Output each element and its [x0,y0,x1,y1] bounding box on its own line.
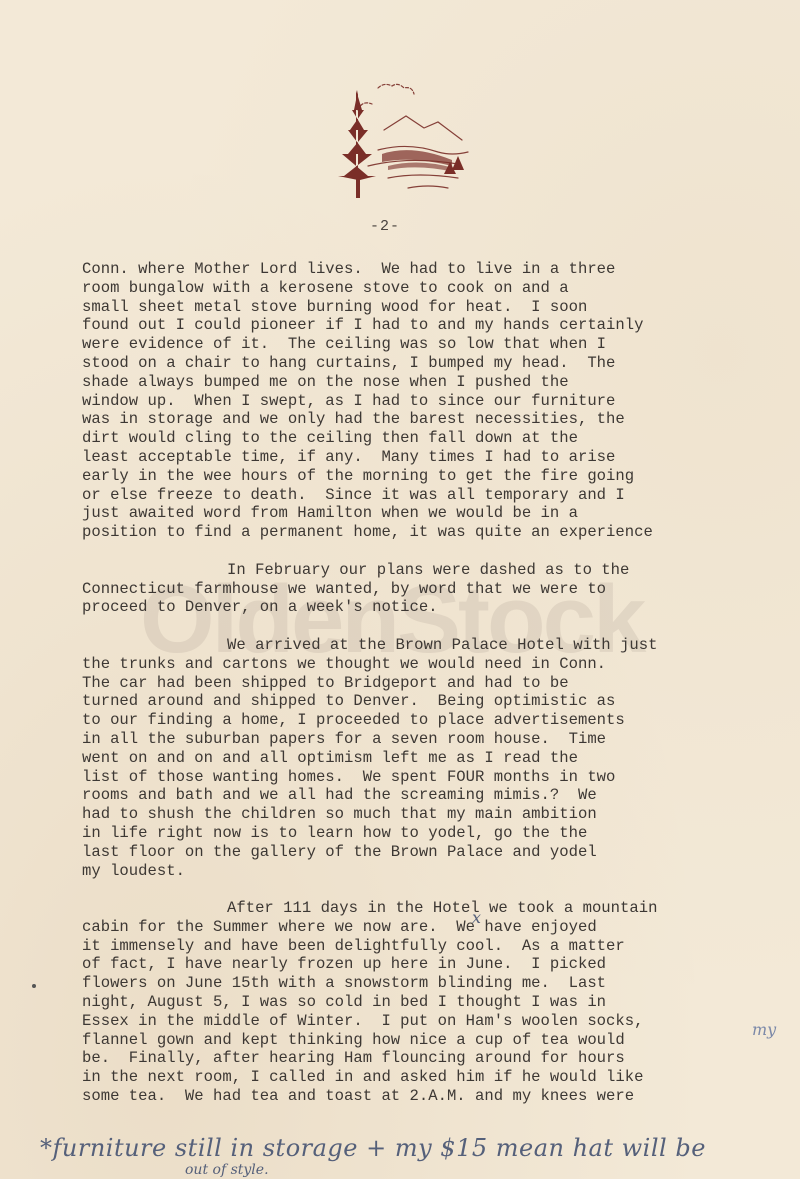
text-line: Connecticut farmhouse we wanted, by word… [82,580,782,599]
letter-body: Conn. where Mother Lord lives. We had to… [82,260,782,1106]
stray-ink-dot [32,984,36,988]
page-number: -2- [370,218,400,235]
text-line: dirt would cling to the ceiling then fal… [82,429,782,448]
paragraph: Conn. where Mother Lord lives. We had to… [82,260,782,542]
text-line: night, August 5, I was so cold in bed I … [82,993,782,1012]
text-line: Essex in the middle of Winter. I put on … [82,1012,782,1031]
text-line: was in storage and we only had the bares… [82,410,782,429]
text-line: found out I could pioneer if I had to an… [82,316,782,335]
text-line: my loudest. [82,862,782,881]
handwritten-margin-note: my [752,1020,776,1039]
text-line: turned around and shipped to Denver. Bei… [82,692,782,711]
text-line: After 111 days in the Hotel we took a mo… [82,899,782,918]
text-line: cabin for the Summer where we now are. W… [82,918,782,937]
text-line: shade always bumped me on the nose when … [82,373,782,392]
text-line: some tea. We had tea and toast at 2.A.M.… [82,1087,782,1106]
text-line: list of those wanting homes. We spent FO… [82,768,782,787]
text-line: proceed to Denver, on a week's notice. [82,598,782,617]
text-line: least acceptable time, if any. Many time… [82,448,782,467]
handwritten-insert-mark: x [472,908,481,927]
text-line: in life right now is to learn how to yod… [82,824,782,843]
text-line: the trunks and cartons we thought we wou… [82,655,782,674]
text-line: it immensely and have been delightfully … [82,937,782,956]
paragraph: After 111 days in the Hotel we took a mo… [82,899,782,1106]
text-line: last floor on the gallery of the Brown P… [82,843,782,862]
text-line: We arrived at the Brown Palace Hotel wit… [82,636,782,655]
text-line: rooms and bath and we all had the scream… [82,786,782,805]
text-line: window up. When I swept, as I had to sin… [82,392,782,411]
text-line: had to shush the children so much that m… [82,805,782,824]
text-line: in all the suburban papers for a seven r… [82,730,782,749]
text-line: stood on a chair to hang curtains, I bum… [82,354,782,373]
text-line: room bungalow with a kerosene stove to c… [82,279,782,298]
text-line: or else freeze to death. Since it was al… [82,486,782,505]
text-line: went on and on and all optimism left me … [82,749,782,768]
text-line: Conn. where Mother Lord lives. We had to… [82,260,782,279]
text-line: The car had been shipped to Bridgeport a… [82,674,782,693]
text-line: small sheet metal stove burning wood for… [82,298,782,317]
paragraph: We arrived at the Brown Palace Hotel wit… [82,636,782,880]
text-line: just awaited word from Hamilton when we … [82,504,782,523]
pine-tree-mountain-illustration-icon [318,70,478,210]
letter-page: -2- OldenStock Conn. where Mother Lord l… [0,0,800,1179]
text-line: position to find a permanent home, it wa… [82,523,782,542]
text-line: were evidence of it. The ceiling was so … [82,335,782,354]
paragraph: In February our plans were dashed as to … [82,561,782,617]
handwritten-footnote-continuation: out of style. [185,1162,269,1178]
text-line: flowers on June 15th with a snowstorm bl… [82,974,782,993]
text-line: in the next room, I called in and asked … [82,1068,782,1087]
text-line: flannel gown and kept thinking how nice … [82,1031,782,1050]
handwritten-footnote: *furniture still in storage + my $15 mea… [40,1134,706,1162]
text-line: In February our plans were dashed as to … [82,561,782,580]
text-line: of fact, I have nearly frozen up here in… [82,955,782,974]
text-line: be. Finally, after hearing Ham flouncing… [82,1049,782,1068]
text-line: early in the wee hours of the morning to… [82,467,782,486]
text-line: to our finding a home, I proceeded to pl… [82,711,782,730]
